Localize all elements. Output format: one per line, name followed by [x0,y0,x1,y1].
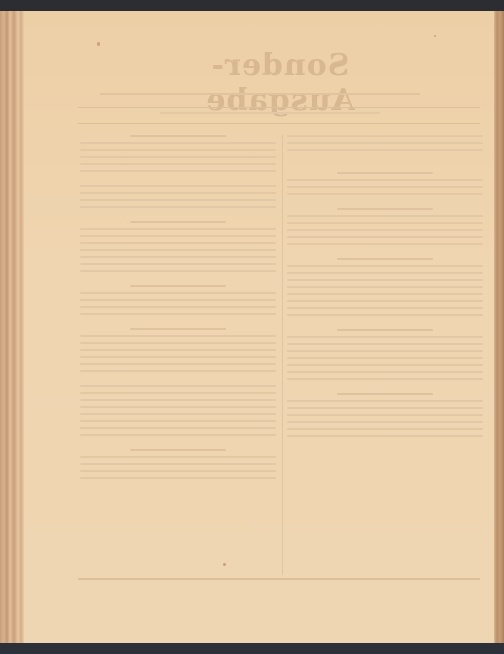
scanner-background-top [0,0,504,11]
column-left [80,135,276,484]
column-right [287,135,483,442]
book-spine [0,11,24,643]
column-divider [282,135,283,575]
imprint-line [140,112,400,114]
paper-blemish [223,563,226,566]
paper-blemish [97,42,100,46]
page-edge [494,11,504,643]
page-subtitle [100,88,420,95]
header-rule-top [78,107,480,108]
scanner-background-bottom [0,643,504,654]
paper-blemish [434,35,436,37]
footer-line [78,578,480,580]
header-rule-bottom [78,123,480,124]
